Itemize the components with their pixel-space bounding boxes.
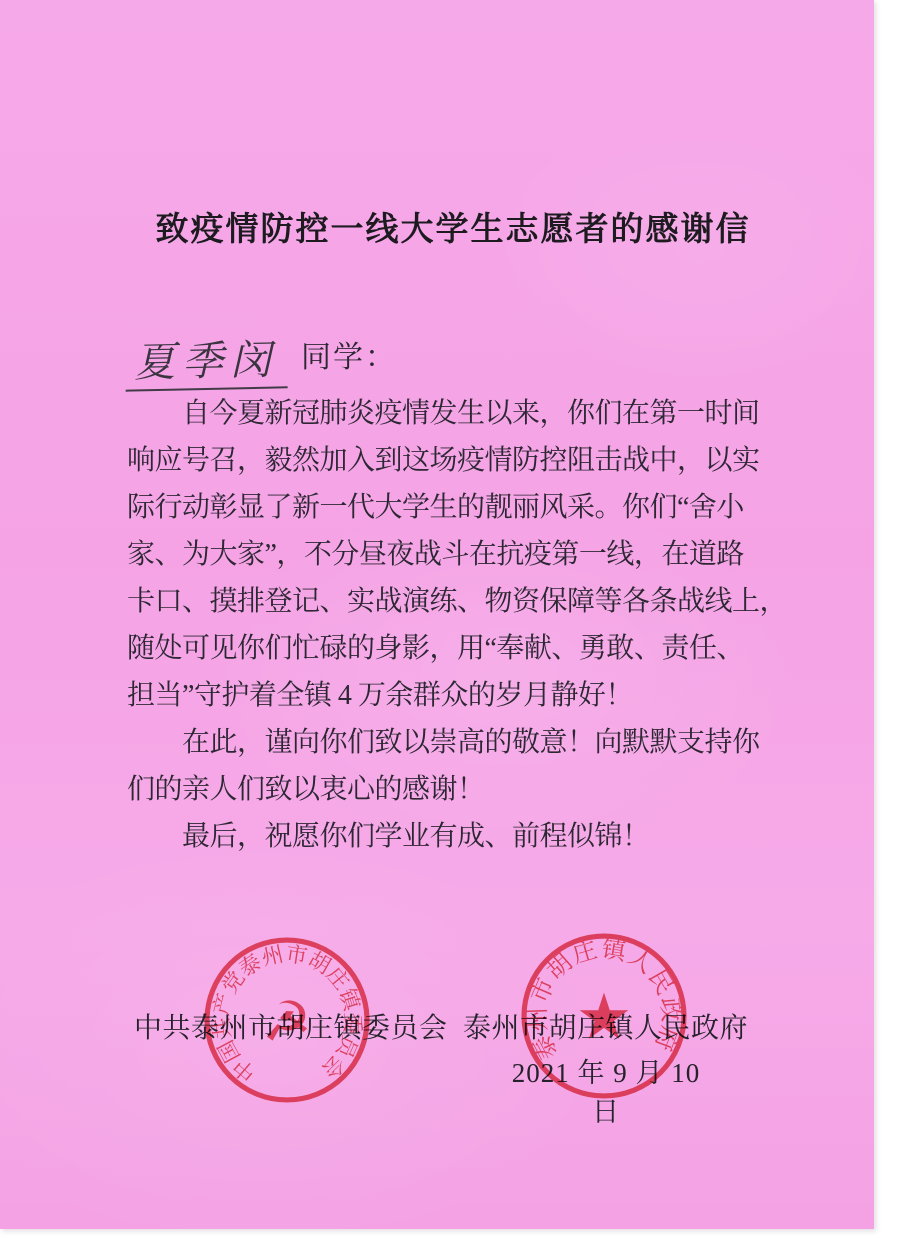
body-line: 随处可见你们忙碌的身影，用“奉献、勇敢、责任、 xyxy=(127,625,787,672)
body-line: 在此，谨向你们致以崇高的敬意！向默默支持你 xyxy=(127,719,787,766)
letter-title: 致疫情防控一线大学生志愿者的感谢信 xyxy=(16,203,890,250)
letter-paper: 致疫情防控一线大学生志愿者的感谢信 夏季闵同学： 自今夏新冠肺炎疫情发生以来，你… xyxy=(0,0,874,1229)
body-line: 卡口、摸排登记、实战演练、物资保障等各条战线上， xyxy=(127,578,787,625)
body-line: 担当”守护着全镇 4 万余群众的岁月静好！ xyxy=(127,672,787,719)
scanned-letter-page: { "colors": { "paper_pink": "#f5a5e6", "… xyxy=(0,0,899,1238)
party-committee-seal: 中国共产党泰州市胡庄镇委员会 ☭ xyxy=(201,934,373,1106)
government-seal-graphic: 泰州市胡庄镇人民政府 ★ xyxy=(518,930,690,1102)
salutation-suffix: 同学： xyxy=(301,332,397,376)
body-line: 最后，祝愿你们学业有成、前程似锦！ xyxy=(127,813,787,860)
body-line: 自今夏新冠肺炎疫情发生以来，你们在第一时间 xyxy=(127,390,787,437)
handwritten-recipient-name: 夏季闵 xyxy=(124,326,287,391)
body-line: 家、为大家”，不分昼夜战斗在抗疫第一线，在道路 xyxy=(127,531,787,578)
salutation-line: 夏季闵同学： xyxy=(125,328,397,388)
body-line: 响应号召，毅然加入到这场疫情防控阻击战中，以实 xyxy=(127,437,787,484)
star-icon: ★ xyxy=(575,981,632,1052)
body-line: 们的亲人们致以衷心的感谢！ xyxy=(127,766,787,813)
letter-body: 自今夏新冠肺炎疫情发生以来，你们在第一时间 响应号召，毅然加入到这场疫情防控阻击… xyxy=(127,390,787,860)
hammer-sickle-icon: ☭ xyxy=(262,991,311,1053)
government-seal: 泰州市胡庄镇人民政府 ★ xyxy=(518,930,690,1102)
body-line: 际行动彰显了新一代大学生的靓丽风采。你们“舍小 xyxy=(127,484,787,531)
signature-row: 中共泰州市胡庄镇委员会 泰州市胡庄镇人民政府 xyxy=(0,1006,874,1046)
party-seal-graphic: 中国共产党泰州市胡庄镇委员会 ☭ xyxy=(201,934,373,1106)
